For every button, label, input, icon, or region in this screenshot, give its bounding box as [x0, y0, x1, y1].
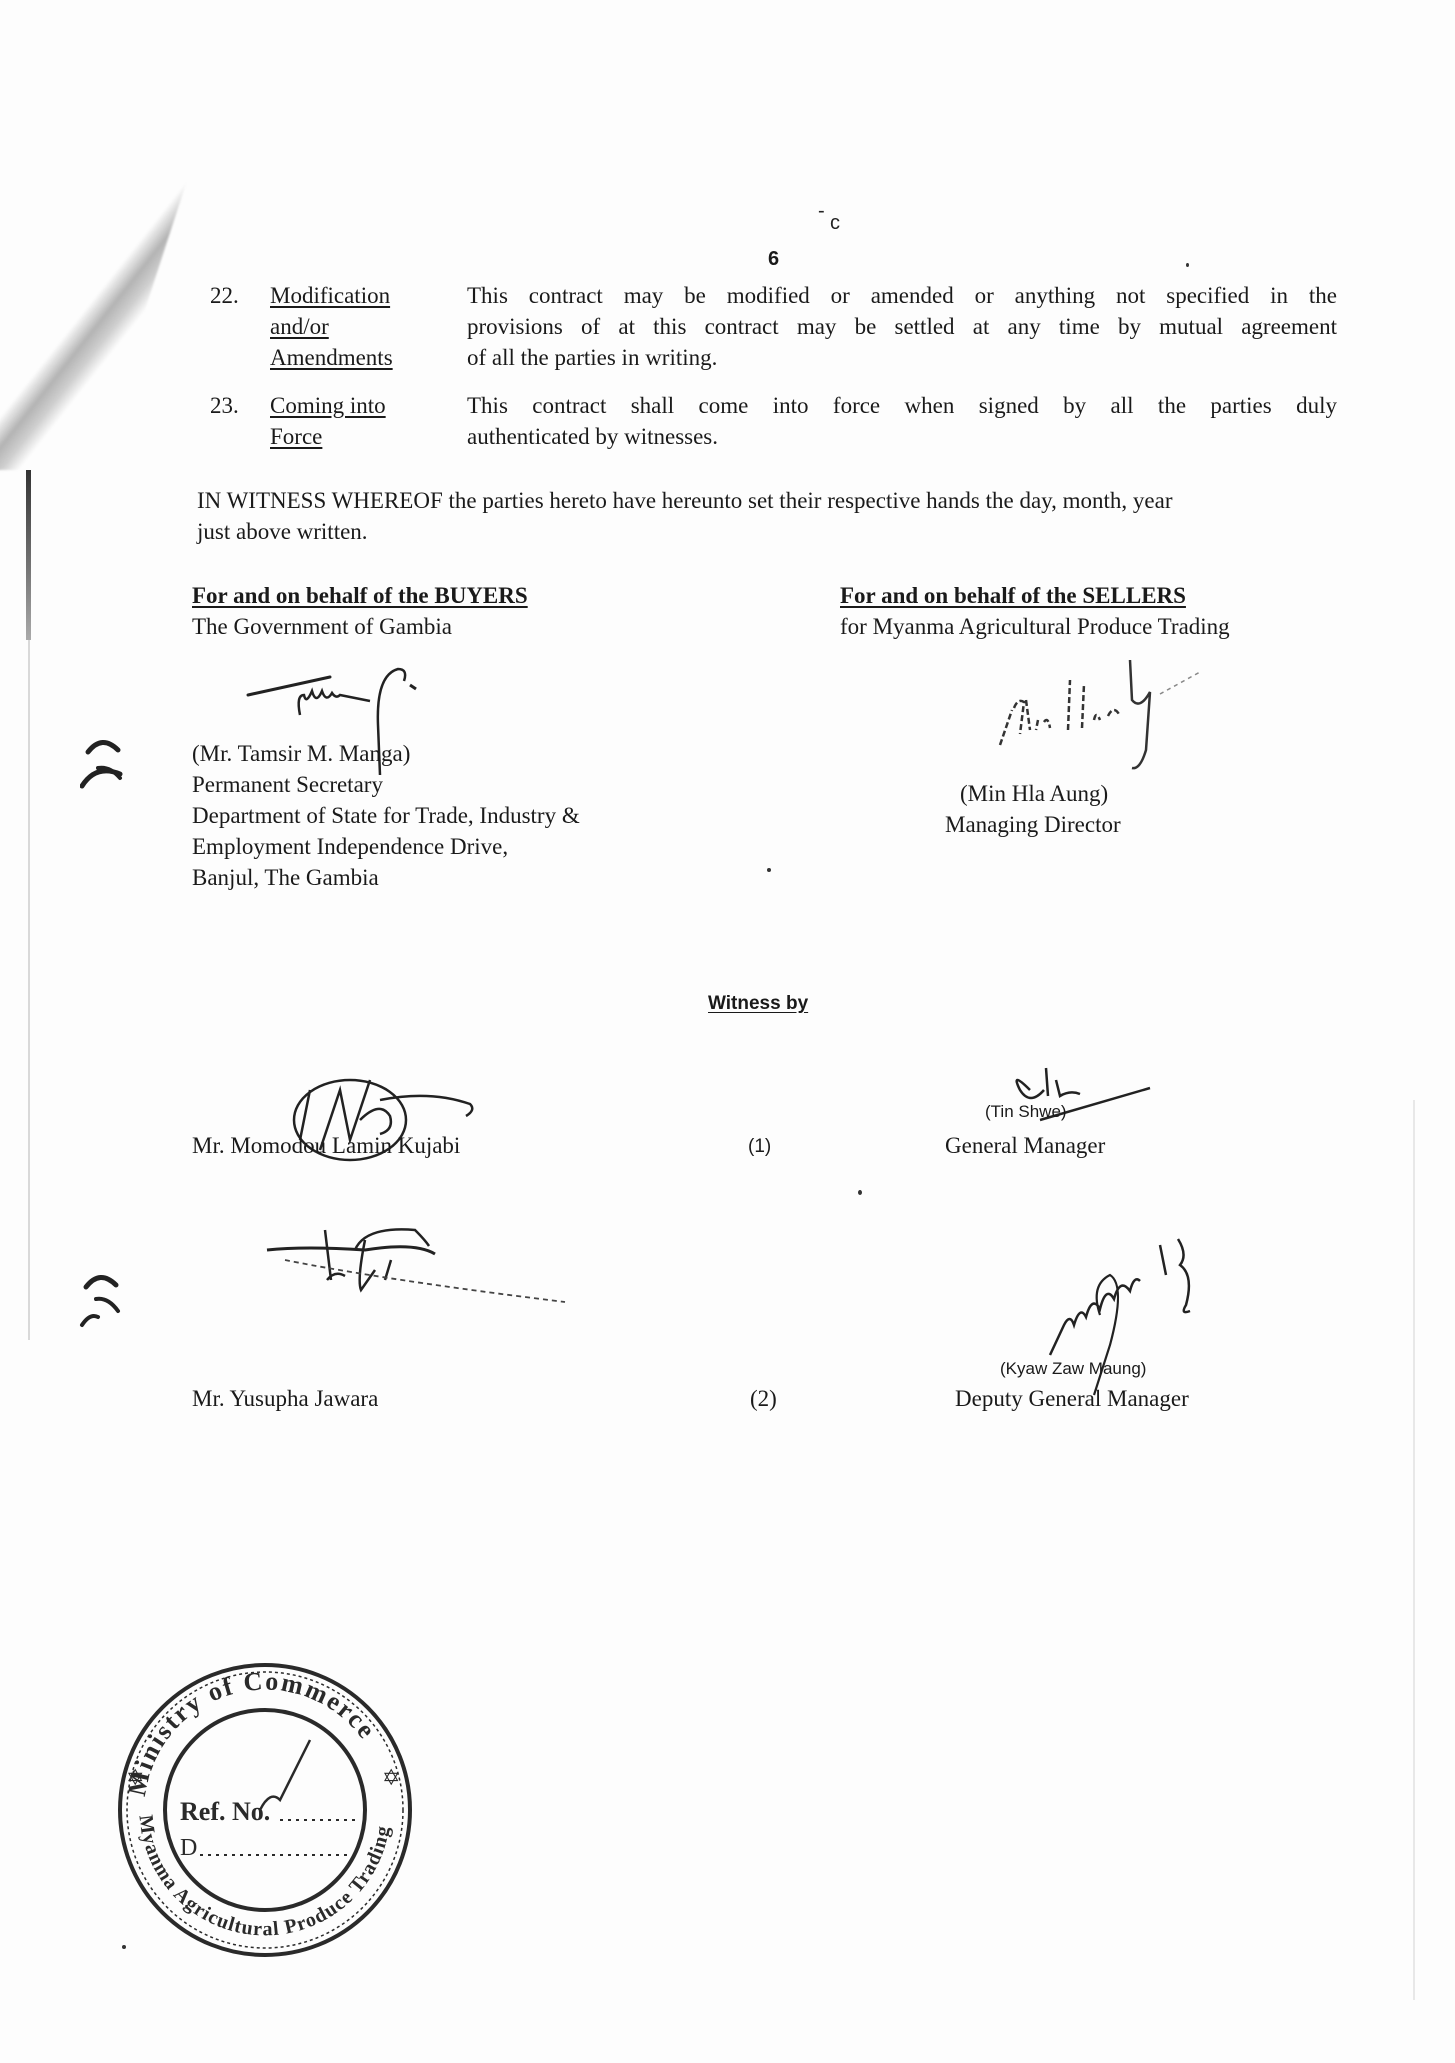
- buyer-address-line: Banjul, The Gambia: [192, 862, 752, 893]
- clause-body-line: authenticated by witnesses.: [467, 421, 1337, 452]
- clause-body: This contract may be modified or amended…: [467, 280, 1337, 373]
- witness-1-buyer-name: Mr. Momodou Lamin Kujabi: [192, 1130, 460, 1161]
- clause-number: 23.: [210, 390, 262, 421]
- document-page: - c 6 22. Modification and/or Amendments…: [0, 0, 1455, 2063]
- scan-streak-artifact: [0, 180, 187, 470]
- official-stamp: Ministry of Commerce Myanma Agricultural…: [100, 1650, 430, 1960]
- witness-2-buyer-signature: [265, 1220, 585, 1320]
- top-mark: c: [830, 212, 840, 235]
- witness-2-buyer-name: Mr. Yusupha Jawara: [192, 1383, 378, 1414]
- witness-statement-line: just above written.: [197, 516, 1347, 547]
- scan-edge-artifact: [28, 640, 30, 1340]
- buyer-signatory-name: (Mr. Tamsir M. Manga): [192, 738, 752, 769]
- witness-heading: Witness by: [708, 993, 808, 1015]
- top-mark: -: [818, 200, 825, 223]
- sellers-entity: for Myanma Agricultural Produce Trading: [840, 611, 1400, 642]
- clause-body-line: of all the parties in writing.: [467, 342, 1337, 373]
- stray-dot: [1186, 263, 1189, 267]
- star-icon: ✡: [382, 1765, 400, 1790]
- stamp-date-label: D: [180, 1835, 197, 1861]
- seller-signature: [990, 650, 1230, 780]
- page-number: 6: [768, 248, 779, 271]
- buyer-signatory: (Mr. Tamsir M. Manga) Permanent Secretar…: [192, 738, 752, 893]
- clause-title: Modification and/or Amendments: [270, 280, 420, 373]
- sellers-block: For and on behalf of the SELLERS for Mya…: [840, 580, 1400, 642]
- seller-signatory: (Min Hla Aung) Managing Director: [945, 778, 1245, 840]
- witness-1-seller-name: (Tin Shwe): [985, 1100, 1067, 1124]
- buyers-block: For and on behalf of the BUYERS The Gove…: [192, 580, 752, 642]
- witness-statement: IN WITNESS WHEREOF the parties hereto ha…: [197, 485, 1347, 547]
- clause-title-line: Coming into: [270, 390, 420, 421]
- buyer-address-line: Department of State for Trade, Industry …: [192, 800, 752, 831]
- binding-mark-icon: [78, 1265, 128, 1340]
- clause-title-line: Modification: [270, 280, 420, 311]
- clause-title-line: and/or: [270, 311, 420, 342]
- stamp-ref-label: Ref. No.: [180, 1797, 270, 1826]
- seller-signatory-title: Managing Director: [945, 809, 1245, 840]
- clause-title-line: Force: [270, 421, 420, 452]
- clause-body-line: This contract shall come into force when…: [467, 390, 1337, 421]
- binding-mark-icon: [80, 730, 130, 800]
- stray-dot: [858, 1190, 862, 1195]
- witness-1-index: (1): [748, 1132, 771, 1162]
- stamp-initial-mark: [260, 1740, 310, 1810]
- clause-body-line: This contract may be modified or amended…: [467, 280, 1337, 311]
- witness-1-seller-title: General Manager: [945, 1130, 1105, 1161]
- clause-title-line: Amendments: [270, 342, 420, 373]
- buyers-entity: The Government of Gambia: [192, 611, 752, 642]
- witness-2-index: (2): [750, 1383, 777, 1414]
- scan-edge-artifact: [1413, 1100, 1415, 2000]
- clause-number: 22.: [210, 280, 262, 311]
- buyer-address-line: Permanent Secretary: [192, 769, 752, 800]
- stray-dot: [122, 1945, 126, 1949]
- buyer-address-line: Employment Independence Drive,: [192, 831, 752, 862]
- clause-title: Coming into Force: [270, 390, 420, 452]
- witness-2-seller-title: Deputy General Manager: [955, 1383, 1189, 1414]
- clause-body-line: provisions of at this contract may be se…: [467, 311, 1337, 342]
- clause-body: This contract shall come into force when…: [467, 390, 1337, 452]
- witness-2-seller-name: (Kyaw Zaw Maung): [1000, 1357, 1146, 1381]
- buyers-heading: For and on behalf of the BUYERS: [192, 580, 752, 611]
- witness-statement-line: IN WITNESS WHEREOF the parties hereto ha…: [197, 485, 1347, 516]
- sellers-heading: For and on behalf of the SELLERS: [840, 580, 1400, 611]
- scan-bar-artifact: [26, 470, 31, 640]
- star-icon: ✡: [126, 1765, 144, 1790]
- seller-signatory-name: (Min Hla Aung): [945, 778, 1245, 809]
- stray-dot: [767, 868, 771, 872]
